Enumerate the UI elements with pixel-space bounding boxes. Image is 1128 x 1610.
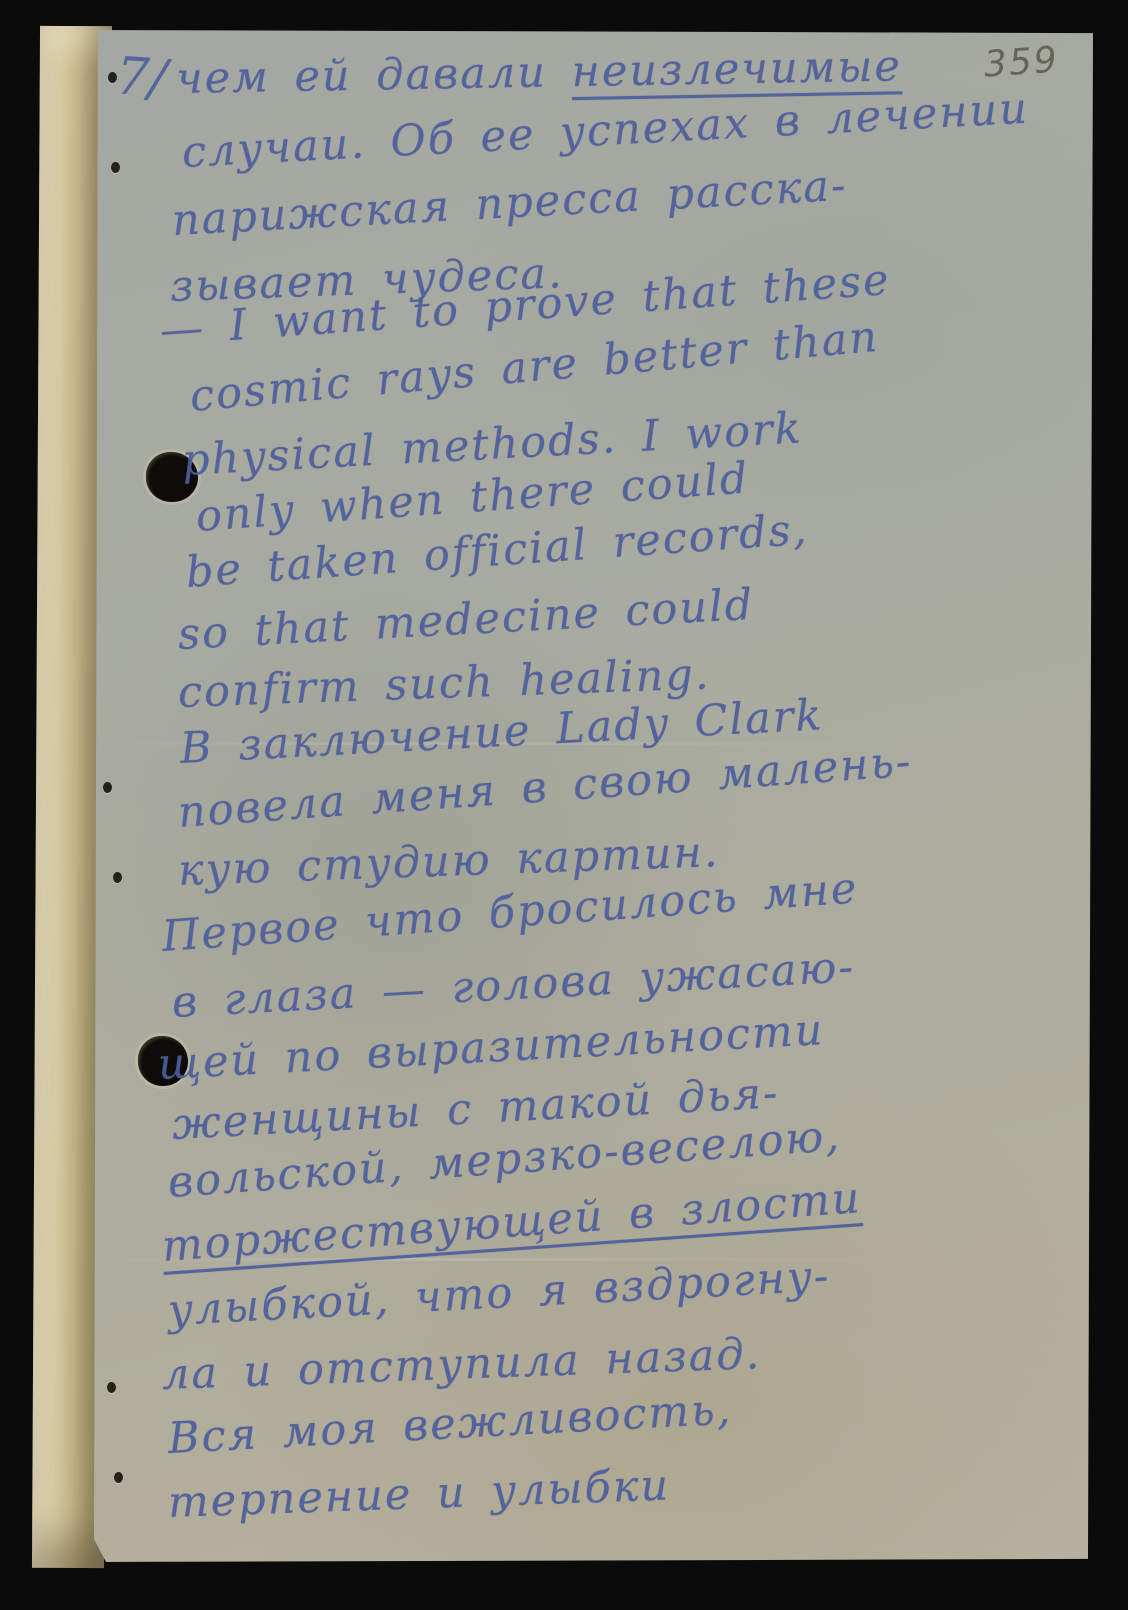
scanned-document-background: 7/ 359 чем ей давали неизлечимыеслучаи. … (0, 0, 1128, 1610)
pinhole (111, 162, 120, 173)
underlined-text: неизлечимые (571, 41, 902, 97)
paragraph-marker: 7/ (114, 46, 169, 109)
pinhole (107, 1382, 116, 1393)
pinhole (103, 782, 112, 793)
page-number: 359 (983, 39, 1060, 85)
pinhole (113, 872, 122, 883)
pinhole (114, 1472, 123, 1483)
